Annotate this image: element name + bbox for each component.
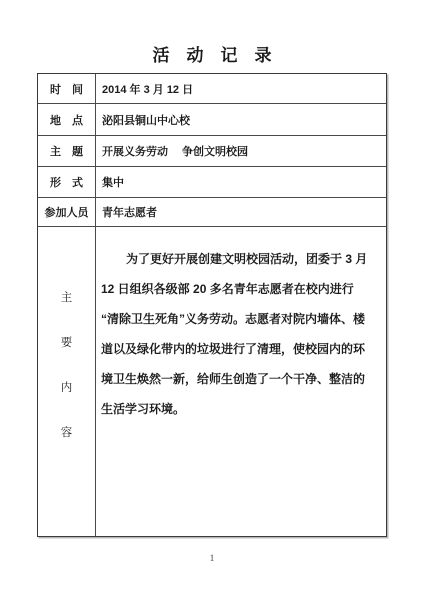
content-line: 12 日组织各级部 20 多名青年志愿者在校内进行 (101, 274, 376, 304)
document-page: 活 动 记 录 时 间 2014 年 3 月 12 日 地 点 泌阳县铜山中心校… (0, 0, 424, 600)
page-number: 1 (0, 553, 424, 563)
table-row-topic: 主 题 开展义务劳动 争创文明校园 (38, 136, 386, 167)
table-row-main-content: 主 要 内 容 为了更好开展创建文明校园活动，团委于 3 月 12 日组织各级部… (38, 227, 386, 536)
content-line: 境卫生焕然一新，给师生创造了一个干净、整洁的 (101, 364, 376, 394)
table-row-participants: 参加人员 青年志愿者 (38, 198, 386, 227)
main-content-label-char: 主 (61, 292, 73, 304)
activity-record-table: 时 间 2014 年 3 月 12 日 地 点 泌阳县铜山中心校 主 题 开展义… (37, 73, 387, 537)
row-label-format: 形 式 (38, 167, 96, 197)
table-row-location: 地 点 泌阳县铜山中心校 (38, 104, 386, 136)
main-content-label: 主 要 内 容 (38, 227, 96, 536)
content-line: 生活学习环境。 (101, 394, 376, 424)
row-value-topic: 开展义务劳动 争创文明校园 (96, 136, 386, 166)
row-value-participants: 青年志愿者 (96, 198, 386, 226)
row-value-location: 泌阳县铜山中心校 (96, 104, 386, 135)
table-row-time: 时 间 2014 年 3 月 12 日 (38, 74, 386, 104)
row-label-time: 时 间 (38, 74, 96, 103)
content-line: 道以及绿化带内的垃圾进行了清理，使校园内的环 (101, 334, 376, 364)
row-label-participants: 参加人员 (38, 198, 96, 226)
main-content-label-char: 容 (61, 427, 73, 439)
row-label-location: 地 点 (38, 104, 96, 135)
row-label-topic: 主 题 (38, 136, 96, 166)
main-content-label-char: 要 (61, 337, 73, 349)
table-row-format: 形 式 集中 (38, 167, 386, 198)
content-line: “清除卫生死角”义务劳动。志愿者对院内墙体、楼 (101, 304, 376, 334)
row-value-format: 集中 (96, 167, 386, 197)
content-line: 为了更好开展创建文明校园活动，团委于 3 月 (101, 244, 376, 274)
main-content-paragraph: 为了更好开展创建文明校园活动，团委于 3 月 12 日组织各级部 20 多名青年… (96, 227, 386, 536)
row-value-time: 2014 年 3 月 12 日 (96, 74, 386, 103)
main-content-label-char: 内 (61, 382, 73, 394)
document-title: 活 动 记 录 (0, 41, 424, 66)
